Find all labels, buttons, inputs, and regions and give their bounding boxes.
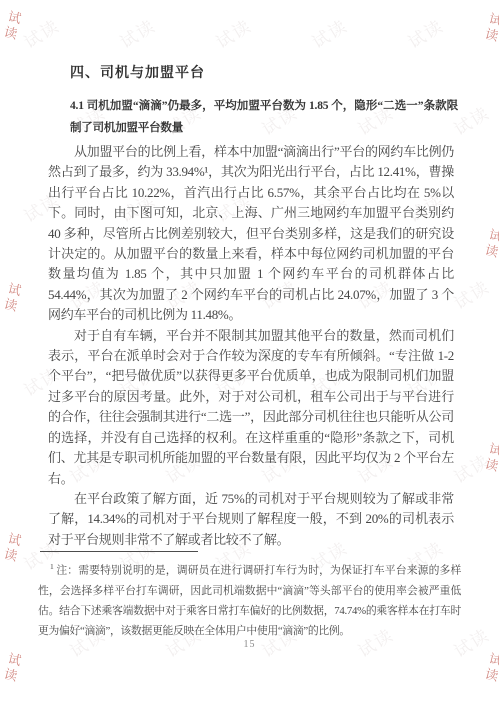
paragraph-2: 对于自有车辆，平台并不限制其加盟其他平台的数量，然而司机们表示，平台在派单时会对… <box>48 326 454 489</box>
page-number: 15 <box>0 639 499 650</box>
paragraph-3: 在平台政策了解方面，近 75%的司机对于平台规则较为了解或非常了解，14.34%… <box>48 489 454 550</box>
body-text: 从加盟平台的比例上看，样本中加盟“滴滴出行”平台的网约车比例仍然占到了最多，约为… <box>48 142 454 550</box>
document-page: 试读试读试读试读试读试读试读试读试读试读试读试读试读试读试读试读试读试读试读试读… <box>0 0 499 706</box>
page-content: 四、司机与加盟平台 4.1 司机加盟“滴滴”仍最多，平均加盟平台数为 1.85 … <box>0 0 499 706</box>
section-heading: 四、司机与加盟平台 <box>70 62 205 82</box>
footnote-separator <box>40 551 198 552</box>
paragraph-1: 从加盟平台的比例上看，样本中加盟“滴滴出行”平台的网约车比例仍然占到了最多，约为… <box>48 142 454 326</box>
subsection-heading: 4.1 司机加盟“滴滴”仍最多，平均加盟平台数为 1.85 个，隐形“二选一”条… <box>70 96 458 139</box>
footnote: 1 注：需要特别说明的是，调研员在进行调研打车行为时，为保证打车平台来源的多样性… <box>38 557 461 641</box>
footnote-text: 注：需要特别说明的是，调研员在进行调研打车行为时，为保证打车平台来源的多样性，会… <box>38 565 461 637</box>
footnote-marker: 1 <box>50 562 53 571</box>
